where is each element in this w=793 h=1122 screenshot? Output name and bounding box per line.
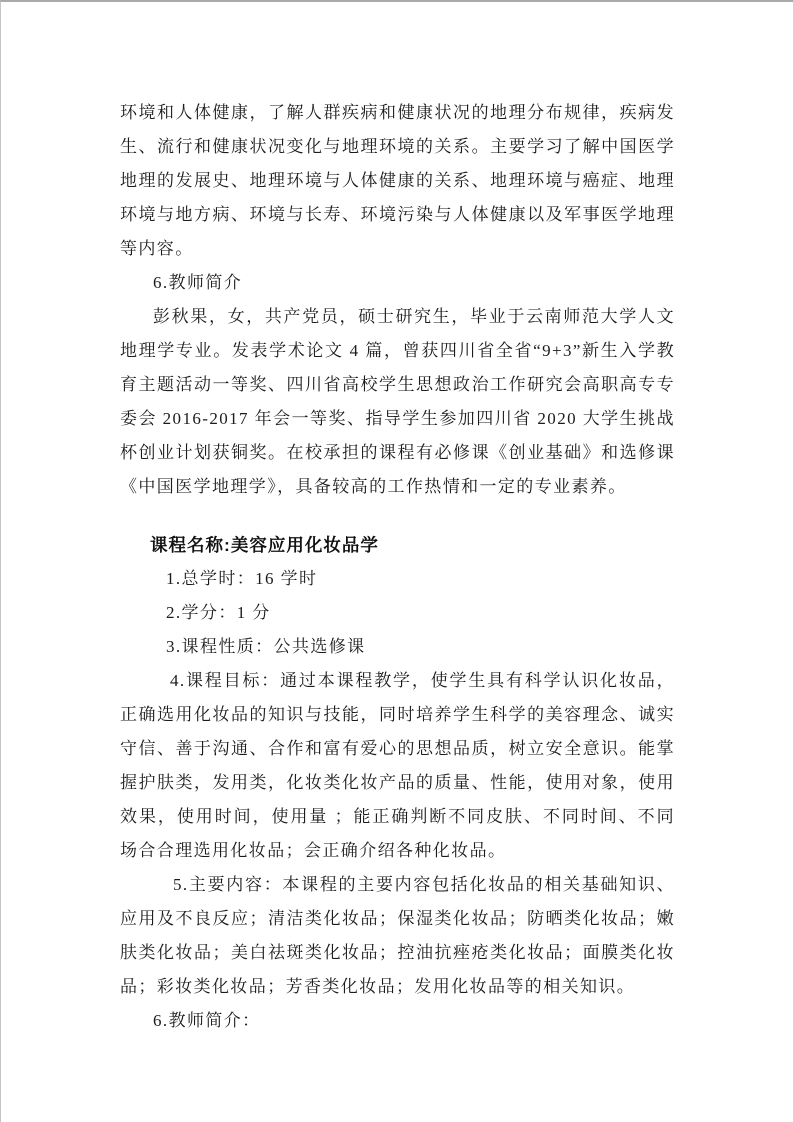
- course2-nature-item: 3.课程性质：公共选修课: [120, 630, 675, 664]
- course2-teacher-intro-heading: 6.教师简介：: [120, 1004, 675, 1038]
- course2-main-content-paragraph: 5.主要内容：本课程的主要内容包括化妆品的相关基础知识、应用及不良反应；清洁类化…: [120, 868, 675, 1004]
- course1-overview-continued-paragraph: 环境和人体健康，了解人群疾病和健康状况的地理分布规律，疾病发生、流行和健康状况变…: [120, 96, 675, 266]
- document-page: 环境和人体健康，了解人群疾病和健康状况的地理分布规律，疾病发生、流行和健康状况变…: [0, 0, 793, 1122]
- course1-teacher-bio-paragraph: 彭秋果，女，共产党员，硕士研究生，毕业于云南师范大学人文地理学专业。发表学术论文…: [120, 300, 675, 504]
- course1-teacher-intro-heading: 6.教师简介: [120, 266, 675, 300]
- course2-objectives-paragraph: 4.课程目标：通过本课程教学，使学生具有科学认识化妆品，正确选用化妆品的知识与技…: [120, 664, 675, 868]
- course2-credit-item: 2.学分：1 分: [120, 596, 675, 630]
- course2-total-hours-item: 1.总学时：16 学时: [120, 562, 675, 596]
- course2-title: 课程名称:美容应用化妆品学: [120, 528, 675, 562]
